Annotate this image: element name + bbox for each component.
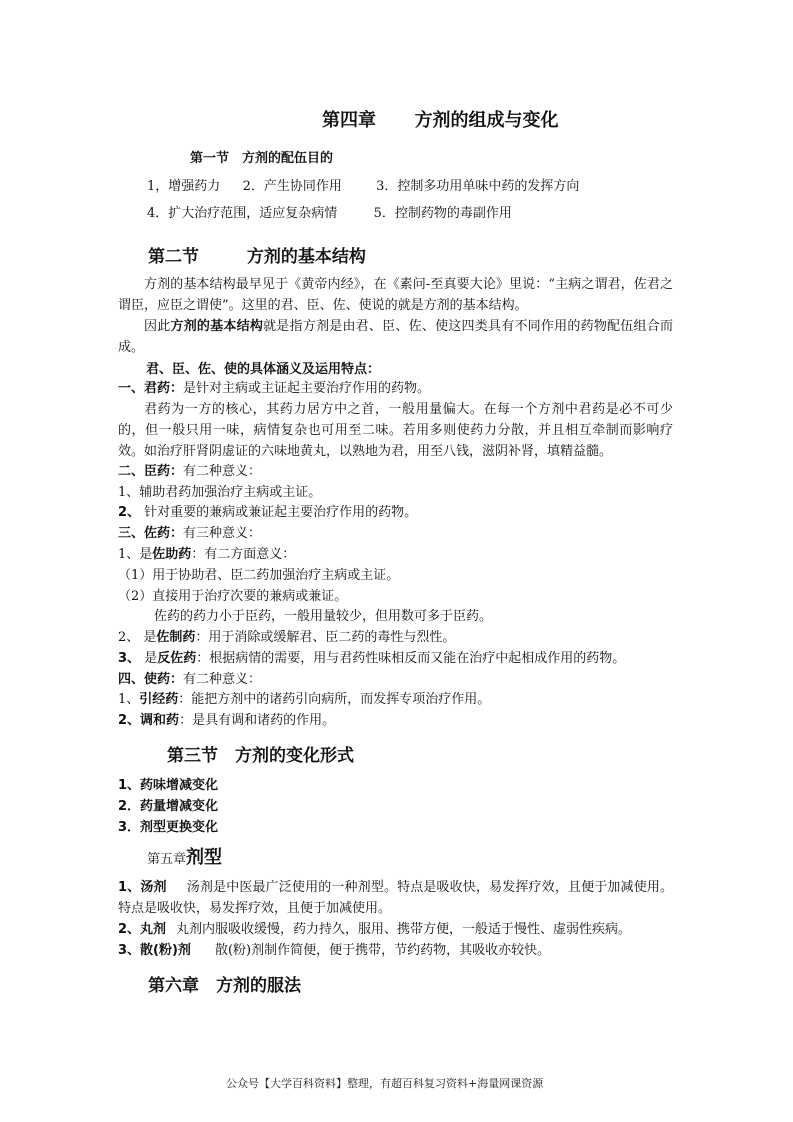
term-def: 是针对主病或主证起主要治疗作用的药物。 <box>183 381 430 396</box>
key-term: 佐助药 <box>152 547 191 562</box>
chapter-name: 剂型 <box>186 847 222 868</box>
purpose-item: 1，增强药力 <box>147 179 220 194</box>
section-1-title: 第一节 方剂的配伍目的 <box>190 147 333 166</box>
purpose-list-row-2: 4．扩大治疗范围，适应复杂病情 5．控制药物的毒副作用 <box>147 203 512 224</box>
item-text: ：用于消除或缓解君、臣二药的毒性与烈性。 <box>195 630 455 645</box>
item-text: ：是具有调和诸药的作用。 <box>179 713 335 728</box>
jun-yao-definition: 一、君药：是针对主病或主证起主要治疗作用的药物。 <box>118 378 430 399</box>
term-label: 二、臣药： <box>118 464 183 479</box>
shi-yao-definition: 四、使药：有二种意义： <box>118 669 261 690</box>
form-text: 散(粉)剂制作简便，便于携带，节约药物，其吸收亦较快。 <box>215 943 550 958</box>
zuo-item-1: 1、是佐助药：有二方面意义： <box>118 544 295 565</box>
item-num: 1、 <box>118 692 139 707</box>
form-text: 丸剂内服吸收缓慢，药力持久，服用、携带方便，一般适于慢性、虚弱性疾病。 <box>176 922 631 937</box>
term-def: 有三种意义： <box>183 526 261 541</box>
structure-paragraph-2: 因此方剂的基本结构就是指方剂是由君、臣、佐、使这四类具有不同作用的药物配伍组合而… <box>118 316 673 358</box>
chapter-name: 方剂的组成与变化 <box>415 110 559 131</box>
key-term: 反佐药 <box>157 651 196 666</box>
chen-yao-definition: 二、臣药：有二种意义： <box>118 461 261 482</box>
zuo-sub-2: （2）直接用于治疗次要的兼病或兼证。 <box>118 586 347 607</box>
item-text: ：有二方面意义： <box>191 547 295 562</box>
term-def: 有二种意义： <box>183 464 261 479</box>
term-label: 三、佐药： <box>118 526 183 541</box>
item-num: 2、 是 <box>118 630 156 645</box>
section-number: 第二节 <box>148 247 199 267</box>
item-text: 针对重要的兼病或兼证起主要治疗作用的药物。 <box>140 505 417 520</box>
item-text: ：根据病情的需要，用与君药性味相反而又能在治疗中起相成作用的药物。 <box>196 651 625 666</box>
chen-item-2: 2、 针对重要的兼病或兼证起主要治疗作用的药物。 <box>118 502 417 523</box>
term-label: 四、使药： <box>118 672 183 687</box>
dosage-form-wan: 2、丸剂丸剂内服吸收缓慢，药力持久，服用、携带方便，一般适于慢性、虚弱性疾病。 <box>118 919 631 940</box>
form-label: 1、汤剂 <box>118 880 167 895</box>
key-term: 佐制药 <box>156 630 195 645</box>
key-term: 方剂的基本结构 <box>170 319 263 334</box>
purpose-list-row-1: 1，增强药力 2．产生协同作用 3．控制多功用单味中药的发挥方向 <box>147 176 579 197</box>
zuo-item-2: 2、 是佐制药：用于消除或缓解君、臣二药的毒性与烈性。 <box>118 627 455 648</box>
variation-item: 1、药味增减变化 <box>118 774 218 793</box>
shi-item-2: 2、调和药：是具有调和诸药的作用。 <box>118 710 335 731</box>
item-num: 1、 <box>118 485 139 500</box>
structure-paragraph-1: 方剂的基本结构最早见于《黄帝内经》，在《素问-至真要大论》里说：“主病之谓君，佐… <box>118 274 673 316</box>
item-text: 辅助君药加强治疗主病或主证。 <box>139 485 321 500</box>
item-num: 3、 <box>118 651 140 666</box>
form-label: 2、丸剂 <box>118 922 166 937</box>
chapter-title: 第四章 方剂的组成与变化 <box>322 106 559 132</box>
shi-item-1: 1、引经药：能把方剂中的诸药引向病所，而发挥专项治疗作用。 <box>118 689 490 710</box>
page-footer: 公众号【大学百科资料】整理，有超百科复习资料+海量网课资源 <box>226 1075 543 1091</box>
para-text: 因此 <box>144 319 170 334</box>
key-term: 调和药 <box>140 713 179 728</box>
zuo-note: 佐药的药力小于臣药，一般用量较少，但用数可多于臣药。 <box>154 606 492 627</box>
zuo-sub-1: （1）用于协助君、臣二药加强治疗主病或主证。 <box>118 565 399 586</box>
dosage-form-tang: 1、汤剂汤剂是中医最广泛使用的一种剂型。特点是吸收快，易发挥疗效，且便于加减使用… <box>118 877 673 919</box>
zuo-item-3: 3、 是反佐药：根据病情的需要，用与君药性味相反而又能在治疗中起相成作用的药物。 <box>118 648 625 669</box>
dosage-form-san: 3、散(粉)剂散(粉)剂制作简便，便于携带，节约药物，其吸收亦较快。 <box>118 940 550 961</box>
key-term: 引经药 <box>139 692 178 707</box>
item-num: 2、 <box>118 713 140 728</box>
chen-item-1: 1、辅助君药加强治疗主病或主证。 <box>118 482 321 503</box>
purpose-item: 3．控制多功用单味中药的发挥方向 <box>376 179 579 194</box>
item-text: ：能把方剂中的诸药引向病所，而发挥专项治疗作用。 <box>178 692 490 707</box>
section-2-title: 第二节 方剂的基本结构 <box>148 242 366 267</box>
item-num: 2、 <box>118 505 140 520</box>
section-3-title: 第三节 方剂的变化形式 <box>167 741 354 766</box>
term-label: 一、君药： <box>118 381 183 396</box>
chapter-number: 第四章 <box>322 110 376 131</box>
chapter-number: 第五章 <box>147 852 186 867</box>
variation-item: 3．剂型更换变化 <box>118 816 218 835</box>
jun-yao-detail: 君药为一方的核心，其药力居方中之首，一般用量偏大。在每一个方剂中君药是必不可少的… <box>118 399 673 462</box>
item-num: 1、是 <box>118 547 152 562</box>
variation-item: 2．药量增减变化 <box>118 795 218 814</box>
section-name: 方剂的基本结构 <box>247 247 366 267</box>
chapter-5-title: 第五章剂型 <box>147 843 222 869</box>
chapter-6-title: 第六章 方剂的服法 <box>148 971 301 996</box>
zuo-yao-definition: 三、佐药：有三种意义： <box>118 523 261 544</box>
form-text: 汤剂是中医最广泛使用的一种剂型。特点是吸收快，易发挥疗效，且便于加减使用。特点是… <box>118 880 673 916</box>
form-label: 3、散(粉)剂 <box>118 943 191 958</box>
purpose-item: 2．产生协同作用 <box>243 179 342 194</box>
item-text: 是 <box>140 651 157 666</box>
purpose-item: 4．扩大治疗范围，适应复杂病情 <box>147 206 337 221</box>
term-def: 有二种意义： <box>183 672 261 687</box>
purpose-item: 5．控制药物的毒副作用 <box>374 206 512 221</box>
subheading: 君、臣、佐、使的具体涵义及运用特点： <box>146 358 380 377</box>
